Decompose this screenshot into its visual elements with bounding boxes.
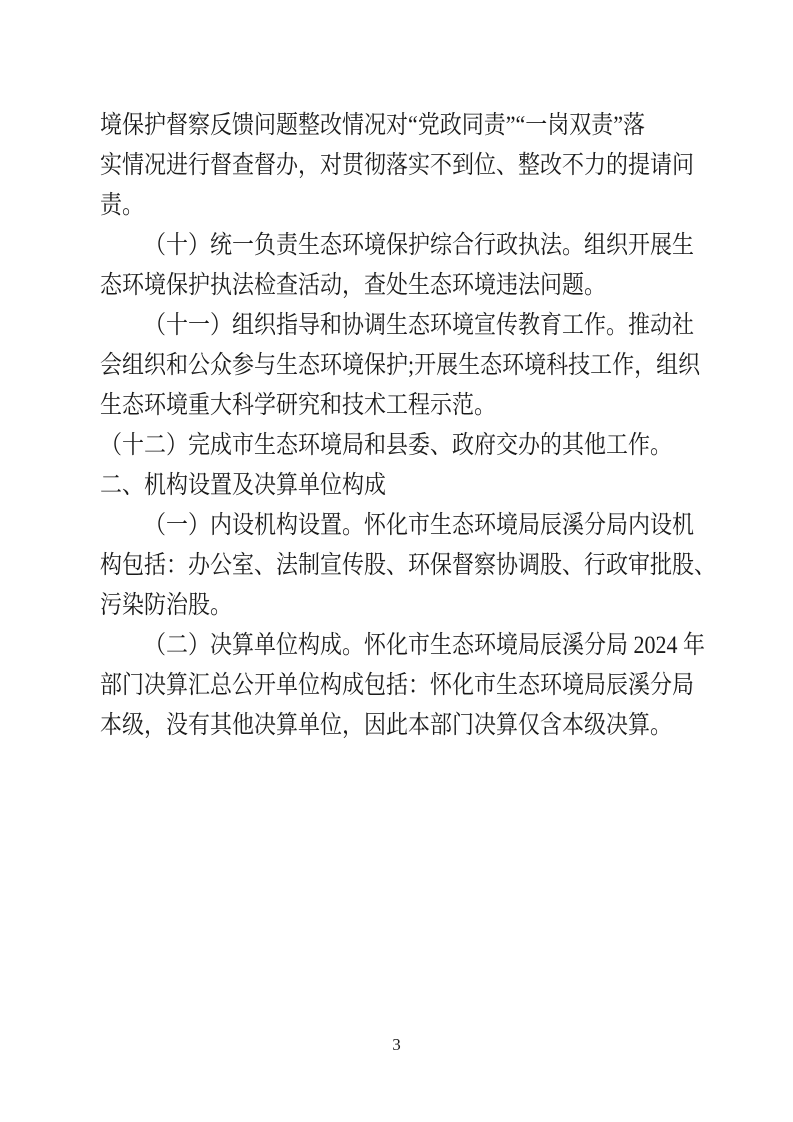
text-line: 本级，没有其他决算单位，因此本部门决算仅含本级决算。: [100, 706, 716, 746]
text-line: 责。: [100, 186, 716, 226]
text-line: 污染防治股。: [100, 586, 716, 626]
text-line: 实情况进行督查督办，对贯彻落实不到位、整改不力的提请问: [100, 146, 716, 186]
document-page: 境保护督察反馈问题整改情况对“党政同责”“一岗双责”落 实情况进行督查督办，对贯…: [0, 0, 793, 1122]
text-line-item-10: （十）统一负责生态环境保护综合行政执法。组织开展生: [100, 226, 716, 266]
text-line-item-1: （一）内设机构设置。怀化市生态环境局辰溪分局内设机: [100, 506, 716, 546]
text-line: 会组织和公众参与生态环境保护;开展生态环境科技工作，组织: [100, 346, 716, 386]
text-line: 部门决算汇总公开单位构成包括：怀化市生态环境局辰溪分局: [100, 666, 716, 706]
text-line: 生态环境重大科学研究和技术工程示范。: [100, 386, 716, 426]
text-line: 构包括：办公室、法制宣传股、环保督察协调股、行政审批股、: [100, 546, 716, 586]
text-line: 态环境保护执法检查活动，查处生态环境违法问题。: [100, 266, 716, 306]
text-line: 境保护督察反馈问题整改情况对“党政同责”“一岗双责”落: [100, 106, 716, 146]
text-line-item-11: （十一）组织指导和协调生态环境宣传教育工作。推动社: [100, 306, 716, 346]
section-heading: 二、机构设置及决算单位构成: [100, 466, 716, 506]
text-line-item-2: （二）决算单位构成。怀化市生态环境局辰溪分局 2024 年: [100, 626, 716, 666]
text-line-item-12: （十二）完成市生态环境局和县委、政府交办的其他工作。: [100, 426, 716, 466]
document-body: 境保护督察反馈问题整改情况对“党政同责”“一岗双责”落 实情况进行督查督办，对贯…: [100, 106, 716, 746]
page-number: 3: [0, 1034, 793, 1056]
